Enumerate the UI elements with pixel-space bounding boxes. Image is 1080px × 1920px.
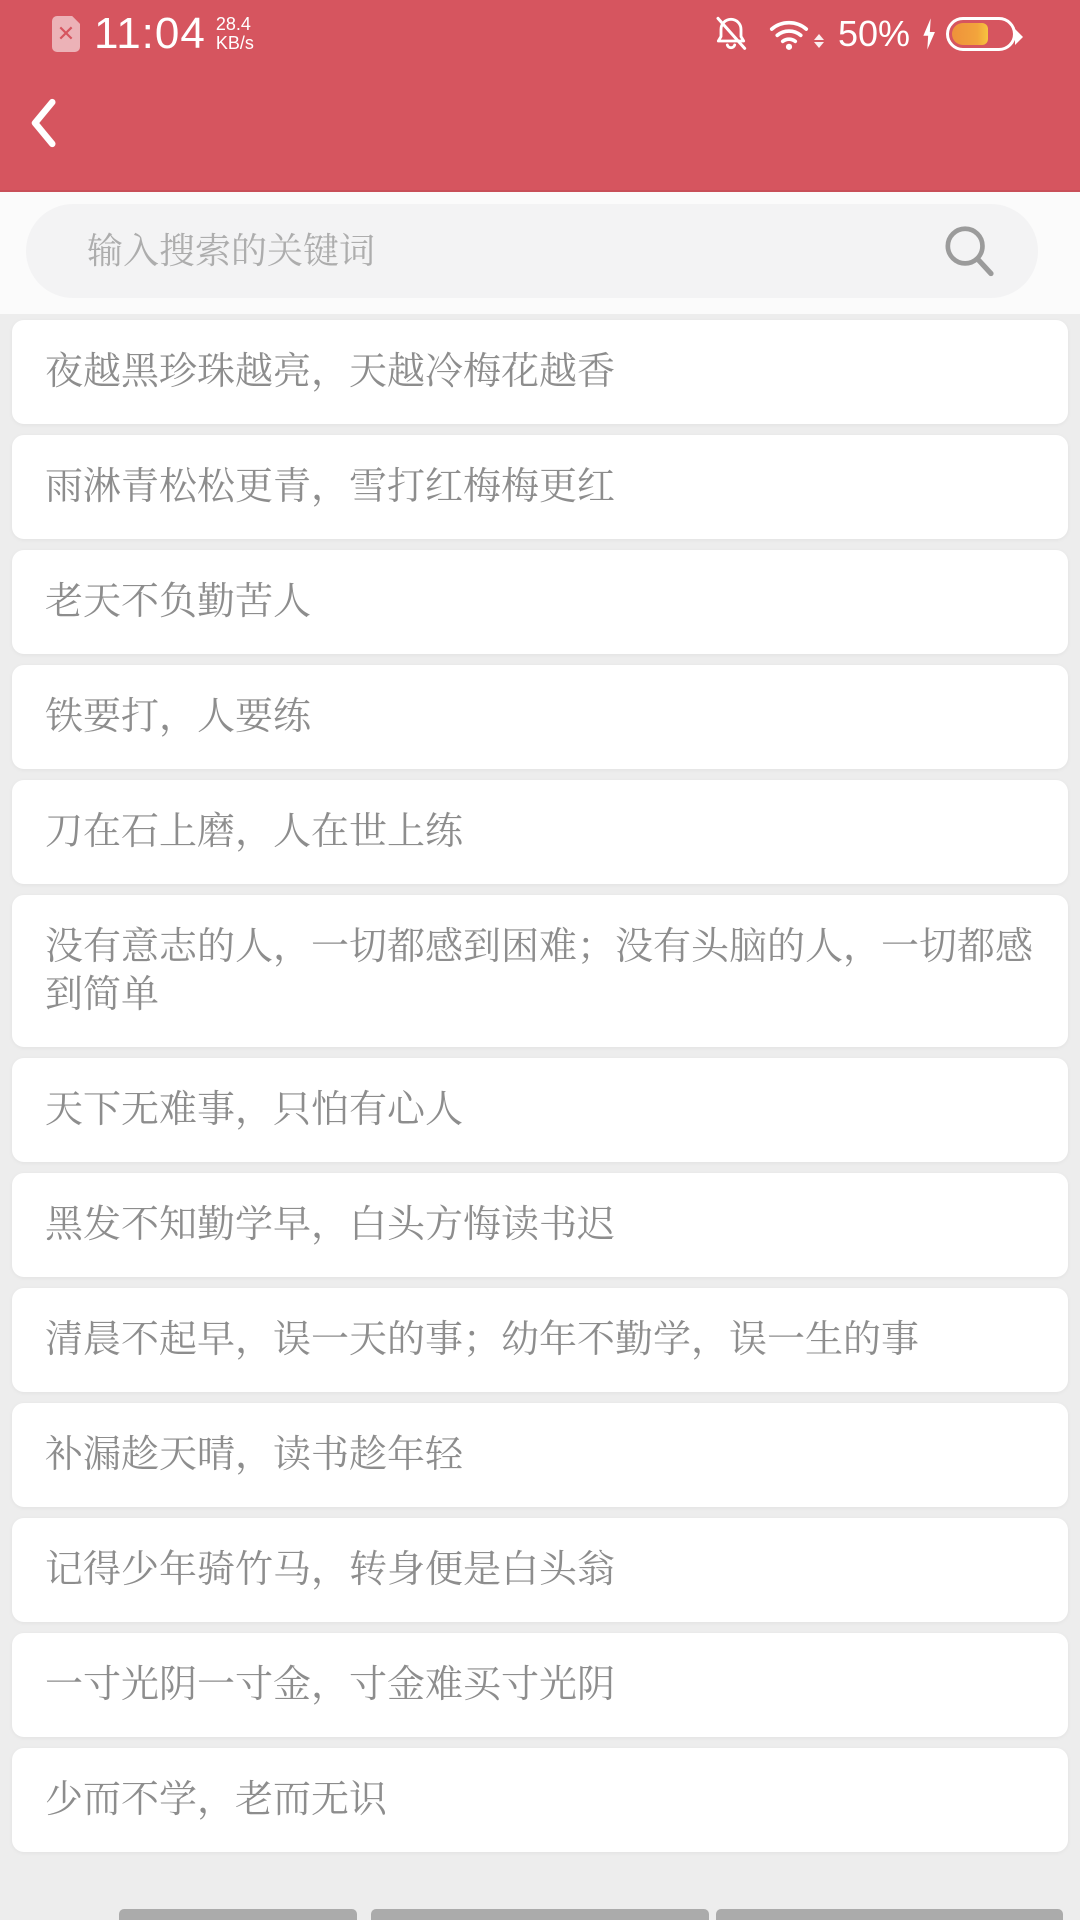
chevron-left-icon <box>22 94 68 157</box>
bottom-peek-bar[interactable] <box>119 1909 357 1920</box>
list-item[interactable]: 老天不负勤苦人 <box>12 550 1068 654</box>
status-clock: 11:04 <box>94 9 206 59</box>
list-item[interactable]: 夜越黑珍珠越亮，天越冷梅花越香 <box>12 320 1068 424</box>
app-header: ✕ 11:04 28.4 KB/s 50% <box>0 0 1080 192</box>
list-item[interactable]: 铁要打，人要练 <box>12 665 1068 769</box>
list-item[interactable]: 补漏趁天晴，读书趁年轻 <box>12 1403 1068 1507</box>
charging-bolt-icon <box>920 17 938 51</box>
sim-error-mark: ✕ <box>57 21 75 47</box>
wifi-icon <box>767 12 824 56</box>
battery-nub <box>1015 29 1023 45</box>
status-bar: ✕ 11:04 28.4 KB/s 50% <box>0 0 1080 58</box>
battery-percent: 50% <box>838 13 910 55</box>
search-section <box>0 192 1080 314</box>
list-item[interactable]: 没有意志的人，一切都感到困难；没有头脑的人，一切都感到简单 <box>12 895 1068 1047</box>
network-speed-unit: KB/s <box>216 34 254 53</box>
bottom-peek-bar[interactable] <box>371 1909 709 1920</box>
search-icon[interactable] <box>936 218 1002 284</box>
list-item[interactable]: 雨淋青松松更青，雪打红梅梅更红 <box>12 435 1068 539</box>
nav-bar <box>0 58 1080 192</box>
wifi-data-arrows-icon <box>814 34 824 48</box>
battery-fill <box>952 23 988 45</box>
network-speed: 28.4 KB/s <box>216 15 254 53</box>
back-button[interactable] <box>0 70 96 180</box>
list-item[interactable]: 清晨不起早，误一天的事；幼年不勤学，误一生的事 <box>12 1288 1068 1392</box>
list-item[interactable]: 记得少年骑竹马，转身便是白头翁 <box>12 1518 1068 1622</box>
list-item[interactable]: 刀在石上磨，人在世上练 <box>12 780 1068 884</box>
search-input[interactable] <box>26 230 936 272</box>
search-bar[interactable] <box>26 204 1038 298</box>
sim-error-icon: ✕ <box>52 16 80 52</box>
bell-muted-icon <box>711 14 751 54</box>
list-item[interactable]: 黑发不知勤学早，白头方悔读书迟 <box>12 1173 1068 1277</box>
list-item[interactable]: 天下无难事，只怕有心人 <box>12 1058 1068 1162</box>
bottom-peek-bar[interactable] <box>716 1909 1063 1920</box>
quote-list: 夜越黑珍珠越亮，天越冷梅花越香 雨淋青松松更青，雪打红梅梅更红 老天不负勤苦人 … <box>0 314 1080 1852</box>
battery-icon <box>946 17 1016 51</box>
network-speed-value: 28.4 <box>216 15 254 34</box>
list-item[interactable]: 一寸光阴一寸金，寸金难买寸光阴 <box>12 1633 1068 1737</box>
list-item[interactable]: 少而不学，老而无识 <box>12 1748 1068 1852</box>
